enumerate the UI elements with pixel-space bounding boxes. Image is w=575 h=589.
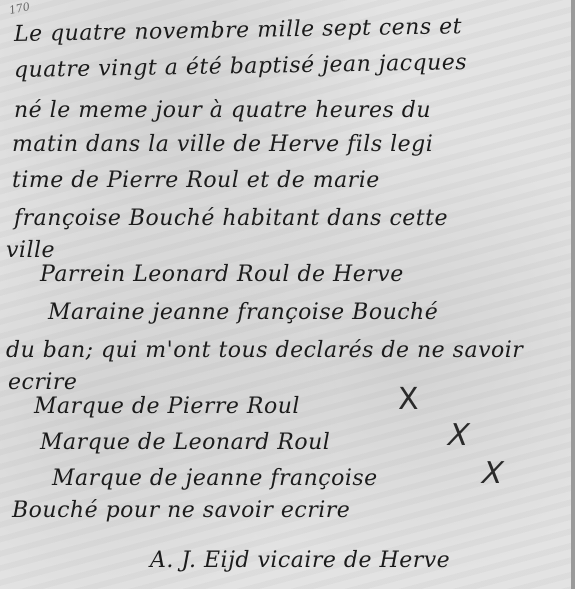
- godfather-line: Parrein Leonard Roul de Herve: [40, 262, 404, 287]
- record-line-1: Le quatre novembre mille sept cens et: [14, 14, 462, 47]
- record-line-4: matin dans la ville de Herve fils legi: [12, 132, 433, 157]
- mark-pierre-line: Marque de Pierre Roul: [34, 394, 300, 419]
- record-line-7: ville: [6, 238, 55, 263]
- page-edge: [571, 0, 575, 589]
- record-line-15: Bouché pour ne savoir ecrire: [12, 498, 350, 523]
- record-line-10: du ban; qui m'ont tous declarés de ne sa…: [6, 338, 523, 363]
- record-line-3: né le meme jour à quatre heures du: [14, 98, 431, 123]
- manuscript-page: 170 Le quatre novembre mille sept cens e…: [0, 0, 575, 589]
- signature-vicaire: A. J. Eijd vicaire de Herve: [150, 548, 450, 573]
- record-line-11: ecrire: [8, 370, 77, 395]
- record-line-2: quatre vingt a été baptisé jean jacques: [14, 50, 468, 83]
- godmother-line: Maraine jeanne françoise Bouché: [48, 300, 438, 325]
- record-line-6: françoise Bouché habitant dans cette: [14, 206, 448, 231]
- cross-mark-2: X: [443, 418, 473, 453]
- mark-jeanne-line: Marque de jeanne françoise: [52, 466, 378, 491]
- folio-number: 170: [8, 0, 31, 17]
- cross-mark-3: X: [477, 456, 507, 491]
- record-line-5: time de Pierre Roul et de marie: [12, 168, 380, 193]
- cross-mark-1: X: [398, 382, 419, 417]
- mark-leonard-line: Marque de Leonard Roul: [40, 430, 330, 455]
